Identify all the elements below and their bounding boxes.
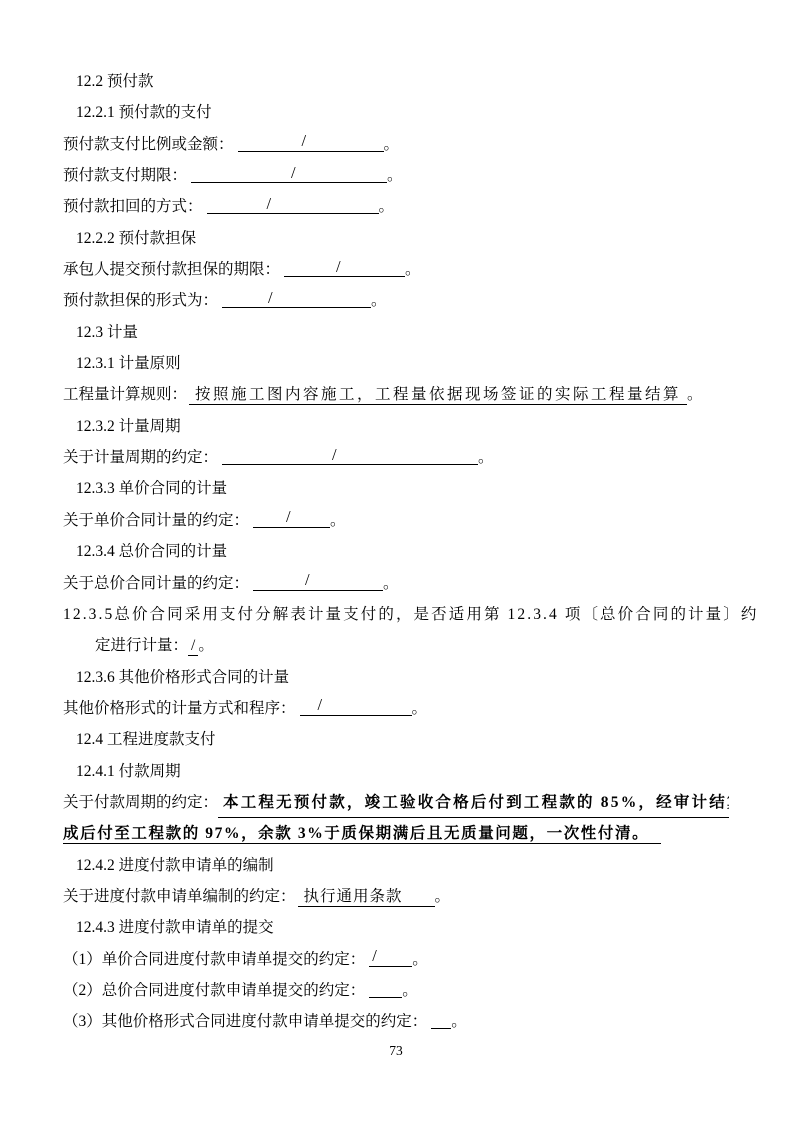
field-lump-sum-measurement: 关于总价合同计量的约定：/。 xyxy=(63,568,729,599)
period-punct: 。 xyxy=(379,198,395,215)
slash-mark: / xyxy=(336,259,341,276)
slash-mark: / xyxy=(291,165,296,182)
field-label: 其他价格形式的计量方式和程序： xyxy=(63,700,296,717)
field-guarantee-submit-deadline: 承包人提交预付款担保的期限：/。 xyxy=(63,254,729,285)
period-punct: 。 xyxy=(412,700,428,717)
blank-line: / xyxy=(300,697,412,716)
heading-12-3-4-lump-sum-measurement: 12.3.4 总价合同的计量 xyxy=(63,536,729,567)
field-label: （1）单价合同进度付款申请单提交的约定： xyxy=(63,951,365,968)
field-unit-price-measurement: 关于单价合同计量的约定：/。 xyxy=(63,505,729,536)
heading-12-2-1-advance-payment-pay: 12.2.1 预付款的支付 xyxy=(63,97,729,128)
period-punct: 。 xyxy=(371,292,387,309)
field-label: 预付款支付比例或金额： xyxy=(63,136,234,153)
period-punct: 。 xyxy=(435,888,451,905)
period-punct: 。 xyxy=(402,982,418,999)
page-number: 73 xyxy=(63,1042,729,1060)
period-punct: 。 xyxy=(687,386,703,403)
field-answer-underlined: 执行通用条款 xyxy=(298,888,435,907)
field-item3-other-price-application: （3）其他价格形式合同进度付款申请单提交的约定：。 xyxy=(63,1006,729,1037)
slash-mark: / xyxy=(302,133,307,150)
heading-12-4-progress-payment: 12.4 工程进度款支付 xyxy=(63,724,729,755)
period-punct: 。 xyxy=(412,951,428,968)
field-other-price-measurement: 其他价格形式的计量方式和程序：/。 xyxy=(63,693,729,724)
field-quantity-calc-rule: 工程量计算规则：按照施工图内容施工，工程量依据现场签证的实际工程量结算。 xyxy=(63,379,729,410)
heading-12-3-6-other-price-measurement: 12.3.6 其他价格形式合同的计量 xyxy=(63,662,729,693)
field-label: 工程量计算规则： xyxy=(63,386,187,403)
field-label: 承包人提交预付款担保的期限： xyxy=(63,261,280,278)
field-advance-payment-deduction: 预付款扣回的方式：/。 xyxy=(63,191,729,222)
period-punct: 。 xyxy=(478,449,494,466)
slash-mark: / xyxy=(372,948,377,965)
heading-12-4-3-application-submission: 12.4.3 进度付款申请单的提交 xyxy=(63,912,729,943)
field-answer-underlined: 按照施工图内容施工，工程量依据现场签证的实际工程量结算 xyxy=(189,386,687,405)
field-label: （3）其他价格形式合同进度付款申请单提交的约定： xyxy=(63,1013,427,1030)
period-punct: 。 xyxy=(451,1013,467,1030)
period-punct: 。 xyxy=(383,575,399,592)
blank-line: / xyxy=(207,195,379,214)
clause-12-3-5-continuation: 定进行计量：/。 xyxy=(63,630,729,661)
field-advance-payment-ratio: 预付款支付比例或金额：/。 xyxy=(63,129,729,160)
heading-12-3-2-measurement-cycle: 12.3.2 计量周期 xyxy=(63,411,729,442)
heading-12-4-2-application-preparation: 12.4.2 进度付款申请单的编制 xyxy=(63,850,729,881)
heading-12-3-3-unit-price-measurement: 12.3.3 单价合同的计量 xyxy=(63,473,729,504)
field-application-preparation: 关于进度付款申请单编制的约定：执行通用条款。 xyxy=(63,881,729,912)
blank-line: / xyxy=(253,572,383,591)
blank-line: / xyxy=(238,133,384,152)
period-punct: 。 xyxy=(198,637,214,654)
period-punct: 。 xyxy=(405,261,421,278)
field-label: 预付款担保的形式为： xyxy=(63,292,218,309)
field-advance-payment-deadline: 预付款支付期限：/。 xyxy=(63,160,729,191)
field-payment-cycle: 关于付款周期的约定：本工程无预付款，竣工验收合格后付到工程款的 85%，经审计结… xyxy=(63,787,729,818)
field-label: 关于计量周期的约定： xyxy=(63,449,218,466)
period-punct: 。 xyxy=(330,512,346,529)
field-label: 预付款扣回的方式： xyxy=(63,198,203,215)
slash-mark: / xyxy=(267,196,272,213)
field-label: 关于付款周期的约定： xyxy=(63,787,218,818)
field-guarantee-form: 预付款担保的形式为：/。 xyxy=(63,285,729,316)
field-measurement-cycle: 关于计量周期的约定：/。 xyxy=(63,442,729,473)
field-label: （2）总价合同进度付款申请单提交的约定： xyxy=(63,982,365,999)
field-label: 关于单价合同计量的约定： xyxy=(63,512,249,529)
field-label: 关于进度付款申请单编制的约定： xyxy=(63,888,296,905)
field-answer-bold-line2: 成后付至工程款的 97%，余款 3%于质保期满后且无质量问题，一次性付清。 xyxy=(63,825,661,844)
field-item1-unit-price-application: （1）单价合同进度付款申请单提交的约定：/。 xyxy=(63,944,729,975)
field-label: 预付款支付期限： xyxy=(63,167,187,184)
period-punct: 。 xyxy=(384,136,400,153)
blank-line: / xyxy=(222,446,478,465)
underlined-slash: / xyxy=(188,637,198,656)
blank-line xyxy=(431,1010,451,1029)
slash-mark: / xyxy=(318,697,323,714)
blank-line: / xyxy=(284,258,405,277)
document-page: 12.2 预付款 12.2.1 预付款的支付 预付款支付比例或金额：/。 预付款… xyxy=(0,0,793,1122)
blank-line xyxy=(369,979,402,998)
field-answer-bold-line1: 本工程无预付款，竣工验收合格后付到工程款的 85%，经审计结算完 xyxy=(218,787,729,818)
slash-mark: / xyxy=(286,509,291,526)
slash-mark: / xyxy=(332,447,337,464)
slash-mark: / xyxy=(268,290,273,307)
period-punct: 。 xyxy=(387,167,403,184)
clause-12-3-5-text: 12.3.5总价合同采用支付分解表计量支付的，是否适用第 12.3.4 项〔总价… xyxy=(63,599,729,630)
heading-12-3-measurement: 12.3 计量 xyxy=(63,317,729,348)
heading-12-2-2-advance-guarantee: 12.2.2 预付款担保 xyxy=(63,223,729,254)
heading-12-4-1-payment-cycle: 12.4.1 付款周期 xyxy=(63,756,729,787)
field-item2-lump-sum-application: （2）总价合同进度付款申请单提交的约定：。 xyxy=(63,975,729,1006)
field-payment-cycle-continuation: 成后付至工程款的 97%，余款 3%于质保期满后且无质量问题，一次性付清。 xyxy=(63,818,729,849)
heading-12-2-advance-payment: 12.2 预付款 xyxy=(63,66,729,97)
field-label: 关于总价合同计量的约定： xyxy=(63,575,249,592)
blank-line: / xyxy=(369,948,412,967)
slash-mark: / xyxy=(305,572,310,589)
blank-line: / xyxy=(222,289,371,308)
blank-line: / xyxy=(191,164,387,183)
field-label: 定进行计量： xyxy=(95,637,188,654)
heading-12-3-1-measurement-principle: 12.3.1 计量原则 xyxy=(63,348,729,379)
blank-line: / xyxy=(253,509,330,528)
